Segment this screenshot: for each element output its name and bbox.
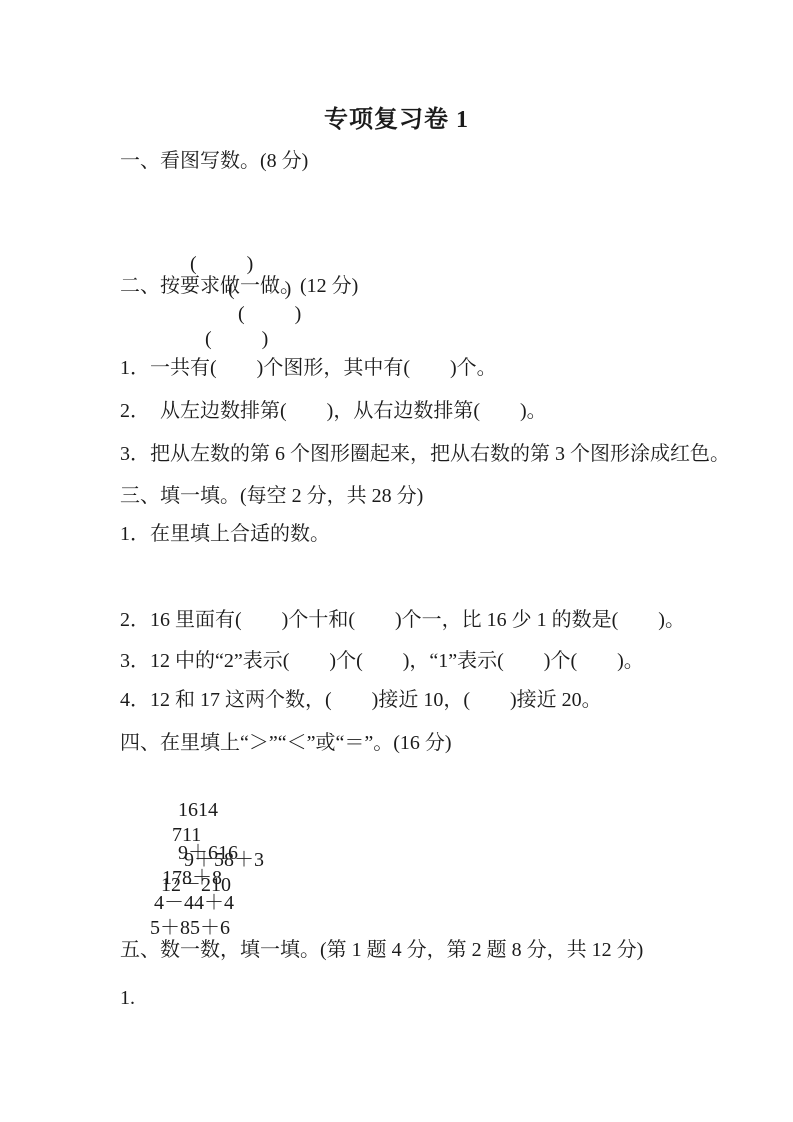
section3-question-1: 1．在里填上合适的数。 (120, 522, 330, 547)
section2-heading: 二、按要求做一做。(12 分) (120, 274, 358, 299)
section2-question-2: 2． 从左边数排第( )，从右边数排第( )。 (120, 399, 547, 424)
worksheet-title: 专项复习卷 1 (0, 99, 793, 134)
section1-answer-blanks-row: ( ) ( ) ( ) ( ) (120, 227, 301, 377)
section4-heading: 四、在里填上“＞”“＜”或“＝”。(16 分) (120, 731, 452, 756)
section3-heading: 三、填一填。(每空 2 分，共 28 分) (120, 484, 423, 509)
section3-question-3: 3．12 中的“2”表示( )个( )，“1”表示( )个( )。 (120, 649, 644, 674)
comparison-expression: 4－44＋4 (154, 891, 234, 916)
answer-blank: ( ) (238, 302, 301, 327)
section5-question-1: 1. (120, 986, 135, 1011)
section5-heading: 五、数一数，填一填。(第 1 题 4 分，第 2 题 8 分，共 12 分) (120, 938, 643, 963)
section2-question-1: 1．一共有( )个图形，其中有( )个。 (120, 356, 497, 381)
worksheet-page: 专项复习卷 1 一、看图写数。(8 分) ( ) ( ) ( ) ( ) 二、按… (0, 0, 793, 1122)
section3-question-2: 2．16 里面有( )个十和( )个一，比 16 少 1 的数是( )。 (120, 608, 685, 633)
section2-question-3: 3．把从左数的第 6 个图形圈起来，把从右数的第 3 个图形涂成红色。 (120, 442, 730, 467)
comparison-expression: 9＋616 (178, 841, 238, 866)
section1-heading: 一、看图写数。(8 分) (120, 149, 308, 174)
comparison-expression: 178＋8 (162, 866, 222, 891)
section3-question-4: 4．12 和 17 这两个数，( )接近 10，( )接近 20。 (120, 688, 602, 713)
answer-blank: ( ) (205, 327, 268, 352)
